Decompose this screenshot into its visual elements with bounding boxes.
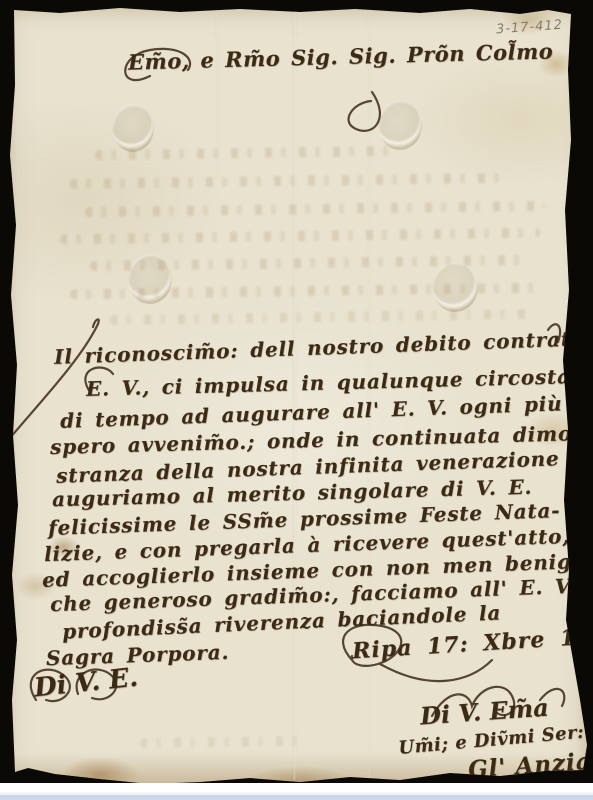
body-line: Sagra Porpora.	[46, 640, 230, 670]
bleedthrough-line	[85, 201, 545, 217]
embossed-seal	[112, 104, 154, 152]
bleedthrough-line	[110, 309, 530, 325]
signature-gl-anziani: Gl' Anziani	[467, 746, 593, 783]
embossed-seal	[378, 100, 422, 150]
bleedthrough-line	[70, 173, 500, 189]
closing-formula-line: Di V. Em̃a	[419, 693, 549, 731]
bleedthrough-line	[140, 736, 300, 748]
salutation-line: Em̃o, e Rm̃o Sig. Sig. Prõn Col̃mo	[128, 38, 554, 74]
body-line: Il riconoscim̃o: dell nostro debito cont…	[54, 323, 593, 369]
heading-tail-flourish	[349, 92, 380, 131]
dateline-underline-flourish	[380, 660, 492, 681]
scanner-bed-strip	[0, 783, 593, 800]
letter-paper: Em̃o, e Rm̃o Sig. Sig. Prõn Col̃mo Il ri…	[0, 0, 593, 785]
fold-crease-vertical-right	[368, 10, 371, 780]
archive-catalog-number: 3-17-412	[496, 18, 564, 38]
manuscript-photo: Em̃o, e Rm̃o Sig. Sig. Prõn Col̃mo Il ri…	[0, 0, 593, 800]
bleedthrough-line	[60, 228, 540, 245]
fold-crease-horizontal	[16, 160, 566, 163]
